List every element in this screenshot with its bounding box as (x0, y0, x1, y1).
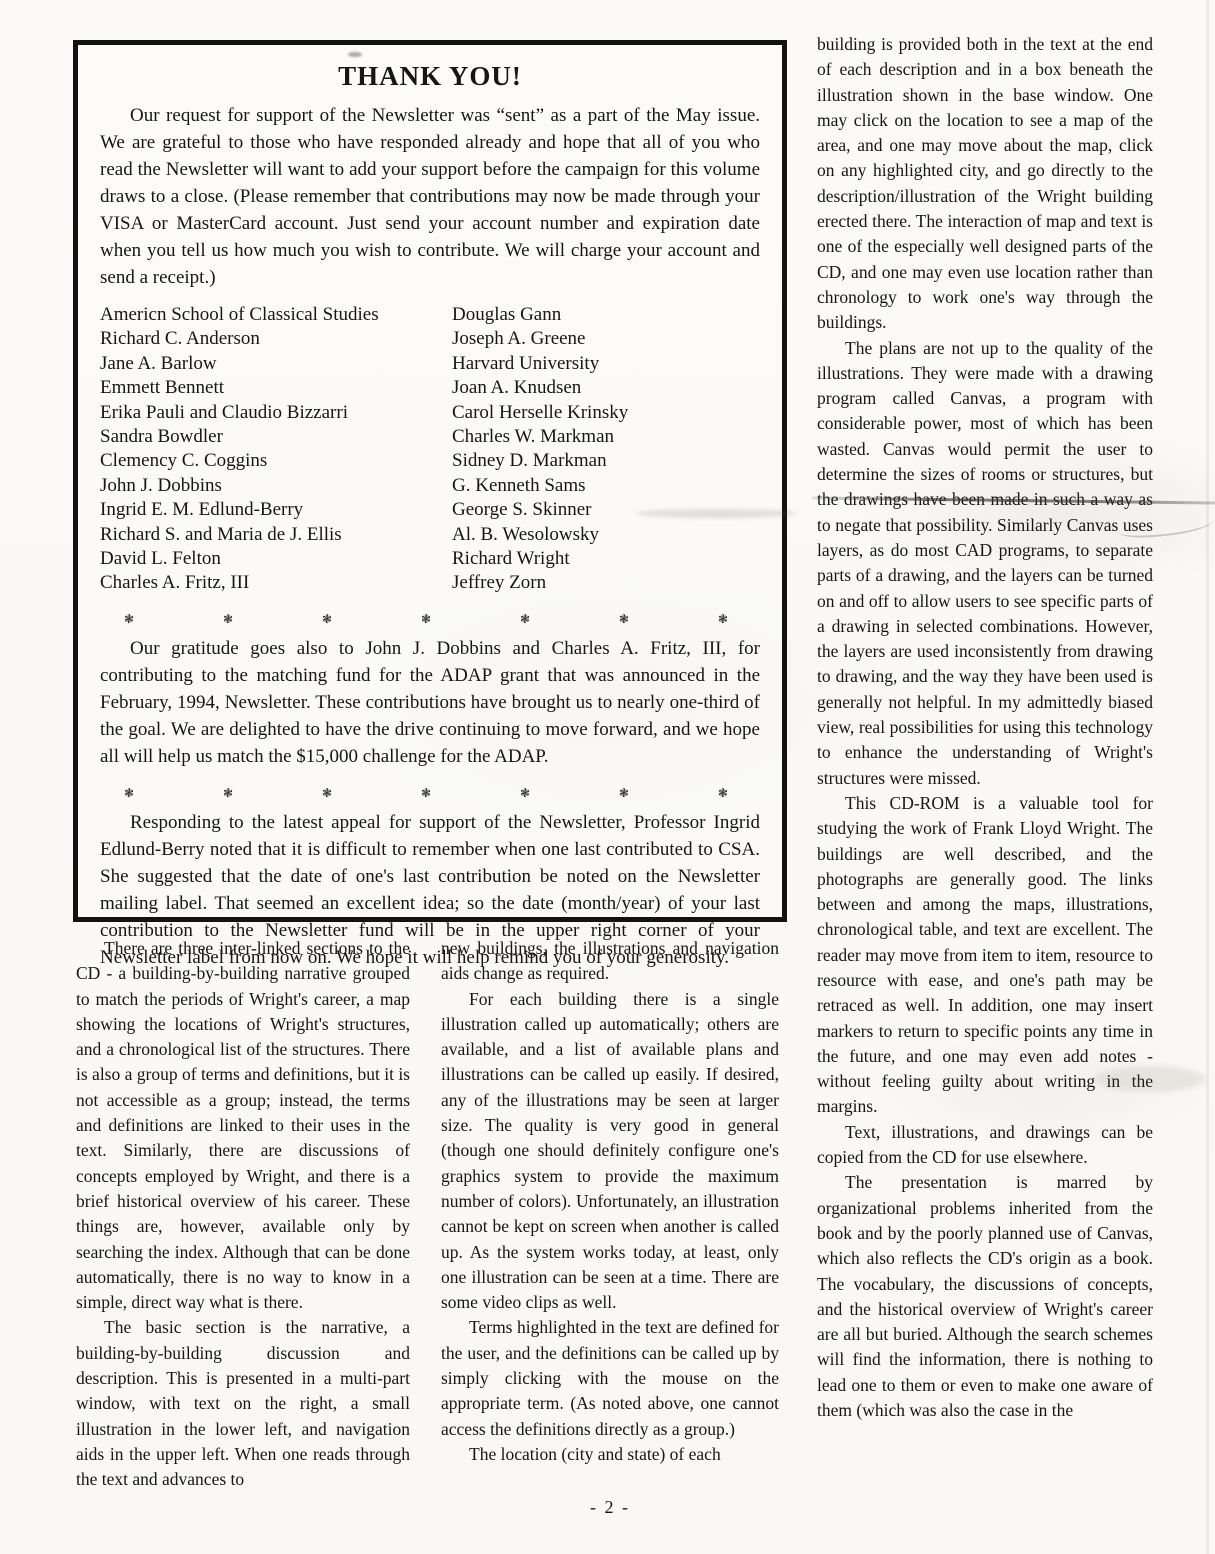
donor-name: Joan A. Knudsen (452, 376, 760, 400)
body-paragraph: For each building there is a single illu… (441, 987, 779, 1316)
body-paragraph: The plans are not up to the quality of t… (817, 336, 1153, 791)
flower-ornament-icon: ❃ (223, 612, 233, 627)
flower-ornament-icon: ❃ (619, 612, 629, 627)
donor-name: David L. Felton (100, 547, 452, 571)
flower-ornament-icon: ❃ (223, 786, 233, 801)
donor-name: George S. Skinner (452, 498, 760, 522)
donor-list-right: Douglas Gann Joseph A. Greene Harvard Un… (452, 303, 760, 596)
donor-name: Richard Wright (452, 547, 760, 571)
body-paragraph: Terms highlighted in the text are define… (441, 1315, 779, 1441)
donor-list-left: Americn School of Classical Studies Rich… (100, 303, 452, 596)
body-paragraph: This CD-ROM is a valuable tool for study… (817, 791, 1153, 1120)
body-paragraph: building is provided both in the text at… (817, 32, 1153, 336)
donor-name: Clemency C. Coggins (100, 449, 452, 473)
donor-name: Sidney D. Markman (452, 449, 760, 473)
donor-name: Jeffrey Zorn (452, 571, 760, 595)
ornament-separator-row: ❃ ❃ ❃ ❃ ❃ ❃ ❃ (100, 612, 760, 627)
flower-ornament-icon: ❃ (520, 786, 530, 801)
donor-name: Ingrid E. M. Edlund-Berry (100, 498, 452, 522)
body-column-middle: new buildings, the illustrations and nav… (441, 936, 779, 1467)
thank-you-box: THANK YOU! Our request for support of th… (73, 40, 787, 922)
gratitude-paragraph: Our gratitude goes also to John J. Dobbi… (100, 635, 760, 770)
thank-you-intro-paragraph: Our request for support of the Newslette… (100, 102, 760, 291)
body-paragraph: The presentation is marred by organizati… (817, 1170, 1153, 1423)
thank-you-title: THANK YOU! (100, 61, 760, 92)
donor-name: John J. Dobbins (100, 474, 452, 498)
body-paragraph: The location (city and state) of each (441, 1442, 779, 1467)
donor-name: Charles W. Markman (452, 425, 760, 449)
body-paragraph: There are three inter-linked sections to… (76, 936, 410, 1315)
donor-list: Americn School of Classical Studies Rich… (100, 303, 760, 596)
donor-name: Americn School of Classical Studies (100, 303, 452, 327)
body-paragraph: new buildings, the illustrations and nav… (441, 936, 779, 987)
scan-edge-shadow (1206, 0, 1209, 1554)
body-column-right: building is provided both in the text at… (817, 32, 1153, 1423)
flower-ornament-icon: ❃ (718, 786, 728, 801)
donor-name: Joseph A. Greene (452, 327, 760, 351)
flower-ornament-icon: ❃ (124, 612, 134, 627)
donor-name: Carol Herselle Krinsky (452, 401, 760, 425)
newsletter-page: THANK YOU! Our request for support of th… (0, 0, 1215, 1554)
donor-name: Erika Pauli and Claudio Bizzarri (100, 401, 452, 425)
flower-ornament-icon: ❃ (421, 612, 431, 627)
donor-name: Harvard University (452, 352, 760, 376)
donor-name: Emmett Bennett (100, 376, 452, 400)
donor-name: Richard S. and Maria de J. Ellis (100, 523, 452, 547)
donor-name: Douglas Gann (452, 303, 760, 327)
flower-ornament-icon: ❃ (124, 786, 134, 801)
body-column-left: There are three inter-linked sections to… (76, 936, 410, 1493)
body-paragraph: The basic section is the narrative, a bu… (76, 1315, 410, 1492)
page-number: - 2 - (441, 1497, 779, 1518)
flower-ornament-icon: ❃ (421, 786, 431, 801)
donor-name: Jane A. Barlow (100, 352, 452, 376)
flower-ornament-icon: ❃ (718, 612, 728, 627)
donor-name: Richard C. Anderson (100, 327, 452, 351)
donor-name: Charles A. Fritz, III (100, 571, 452, 595)
flower-ornament-icon: ❃ (619, 786, 629, 801)
donor-name: Al. B. Wesolowsky (452, 523, 760, 547)
flower-ornament-icon: ❃ (520, 612, 530, 627)
donor-name: G. Kenneth Sams (452, 474, 760, 498)
donor-name: Sandra Bowdler (100, 425, 452, 449)
body-paragraph: Text, illustrations, and drawings can be… (817, 1120, 1153, 1171)
ornament-separator-row: ❃ ❃ ❃ ❃ ❃ ❃ ❃ (100, 786, 760, 801)
flower-ornament-icon: ❃ (322, 612, 332, 627)
flower-ornament-icon: ❃ (322, 786, 332, 801)
